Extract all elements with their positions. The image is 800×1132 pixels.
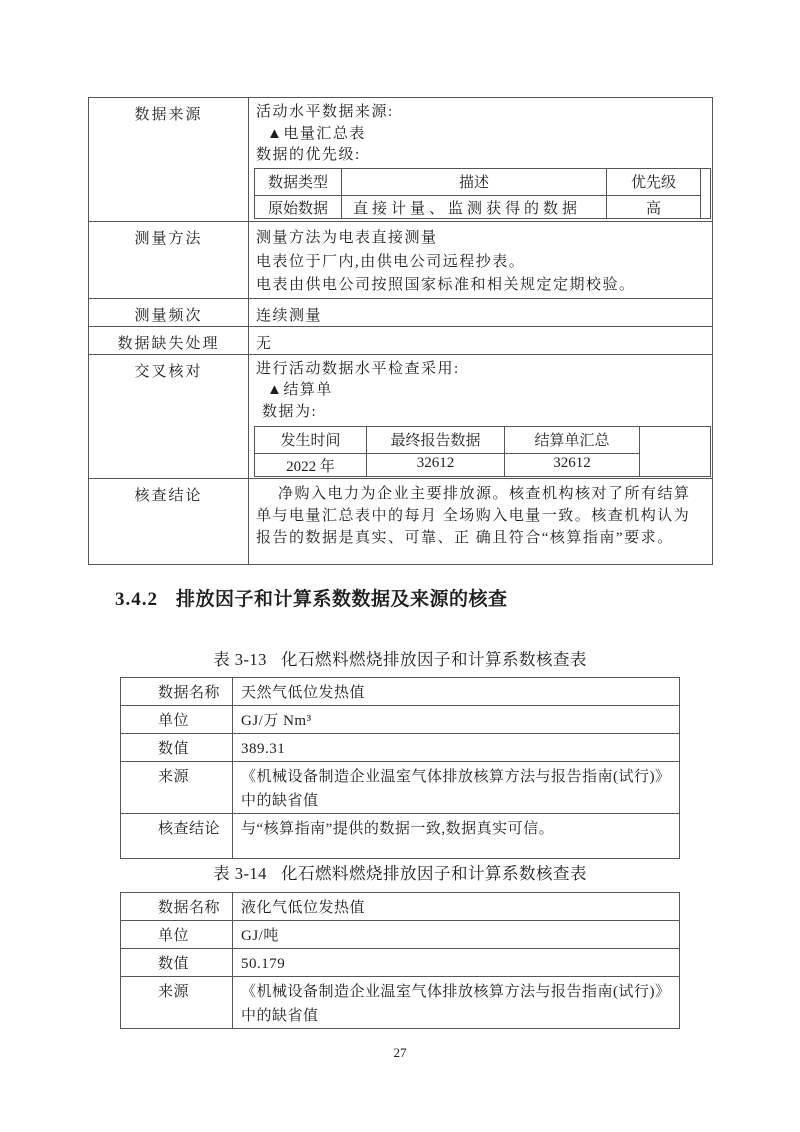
cross-check-line: 进行活动数据水平检查采用: — [256, 359, 706, 381]
priority-data-row: 原始数据 直接计量、监测获得的数据 高 — [255, 195, 711, 218]
factor-table-3-14: 数据名称 液化气低位发热值 单位 GJ/吨 数值 50.179 来源 《机械设备… — [120, 892, 680, 1029]
table-row: 来源 《机械设备制造企业温室气体排放核算方法与报告指南(试行)》中的缺省值 — [121, 762, 680, 814]
row-value: 《机械设备制造企业温室气体排放核算方法与报告指南(试行)》中的缺省值 — [233, 977, 680, 1029]
table-row: 数据名称 天然气低位发热值 — [121, 678, 680, 706]
row-label: 数值 — [121, 949, 233, 977]
row-label: 单位 — [121, 706, 233, 734]
table-3-13-caption: 表 3-13化石燃料燃烧排放因子和计算系数核查表 — [120, 646, 680, 670]
row-value: GJ/万 Nm³ — [233, 706, 680, 734]
data-source-line: 活动水平数据来源: — [256, 102, 706, 124]
priority-desc: 直接计量、监测获得的数据 — [342, 195, 607, 218]
cross-check-empty-cell — [640, 427, 711, 477]
table-row-measurement-frequency: 测量频次 连续测量 — [89, 298, 713, 326]
priority-table: 数据类型 描述 优先级 原始数据 直接计量、监测获得的数据 高 — [254, 168, 711, 219]
factor-table-3-13: 数据名称 天然气低位发热值 单位 GJ/万 Nm³ 数值 389.31 来源 《… — [120, 677, 680, 859]
row-value-conclusion: 净购入电力为企业主要排放源。核查机构核对了所有结算单与电量汇总表中的每月 全场购… — [249, 478, 713, 564]
priority-header-row: 数据类型 描述 优先级 — [255, 168, 711, 195]
priority-level: 高 — [607, 195, 701, 218]
row-value-cross-check: 进行活动数据水平检查采用: ▲结算单 数据为: 发生时间 最终报告数据 结算单汇… — [249, 354, 713, 478]
cross-check-line: ▲结算单 — [256, 380, 706, 402]
section-heading: 3.4.2排放因子和计算系数数据及来源的核查 — [115, 584, 715, 611]
table-row: 单位 GJ/万 Nm³ — [121, 706, 680, 734]
row-label-data-source: 数据来源 — [89, 98, 249, 222]
row-value: 与“核算指南”提供的数据一致,数据真实可信。 — [233, 814, 680, 859]
cross-check-col-settlement: 结算单汇总 — [505, 427, 640, 454]
measurement-method-line: 电表由供电公司按照国家标准和相关规定定期校验。 — [256, 274, 706, 298]
table-3-14-caption: 表 3-14化石燃料燃烧排放因子和计算系数核查表 — [120, 860, 680, 884]
cross-check-data-table: 发生时间 最终报告数据 结算单汇总 2022 年 32612 32612 — [254, 426, 711, 477]
cross-check-col-time: 发生时间 — [255, 427, 367, 454]
activity-data-table: 数据来源 活动水平数据来源: ▲电量汇总表 数据的优先级: 数据类型 描述 — [88, 97, 713, 565]
table-row: 数据名称 液化气低位发热值 — [121, 893, 680, 921]
cross-check-header-row: 发生时间 最终报告数据 结算单汇总 — [255, 427, 711, 454]
cross-check-line: 数据为: — [256, 402, 706, 424]
measurement-method-line: 电表位于厂内,由供电公司远程抄表。 — [256, 251, 706, 275]
row-value: GJ/吨 — [233, 921, 680, 949]
page-number: 27 — [0, 1045, 800, 1061]
table-row: 数值 50.179 — [121, 949, 680, 977]
data-source-line: ▲电量汇总表 — [256, 124, 706, 146]
cross-check-report-value: 32612 — [367, 454, 505, 477]
row-label-cross-check: 交叉核对 — [89, 354, 249, 478]
priority-empty-cell — [701, 168, 711, 218]
caption-number: 表 3-14 — [213, 864, 267, 883]
row-value-missing-data: 无 — [249, 326, 713, 354]
caption-number: 表 3-13 — [213, 650, 267, 669]
table-row-measurement-method: 测量方法 测量方法为电表直接测量 电表位于厂内,由供电公司远程抄表。 电表由供电… — [89, 222, 713, 299]
row-label: 核查结论 — [121, 814, 233, 859]
row-value-measurement-frequency: 连续测量 — [249, 298, 713, 326]
row-label: 来源 — [121, 977, 233, 1029]
row-value-measurement-method: 测量方法为电表直接测量 电表位于厂内,由供电公司远程抄表。 电表由供电公司按照国… — [249, 222, 713, 299]
priority-col-type: 数据类型 — [255, 168, 342, 195]
row-value: 《机械设备制造企业温室气体排放核算方法与报告指南(试行)》中的缺省值 — [233, 762, 680, 814]
row-label: 单位 — [121, 921, 233, 949]
table-row-cross-check: 交叉核对 进行活动数据水平检查采用: ▲结算单 数据为: 发生时间 最终报告数据 — [89, 354, 713, 478]
row-label: 数据名称 — [121, 893, 233, 921]
cross-check-col-report: 最终报告数据 — [367, 427, 505, 454]
table-row-missing-data: 数据缺失处理 无 — [89, 326, 713, 354]
table-row: 核查结论 与“核算指南”提供的数据一致,数据真实可信。 — [121, 814, 680, 859]
row-label: 数据名称 — [121, 678, 233, 706]
table-row-data-source: 数据来源 活动水平数据来源: ▲电量汇总表 数据的优先级: 数据类型 描述 — [89, 98, 713, 222]
priority-type: 原始数据 — [255, 195, 342, 218]
priority-col-priority: 优先级 — [607, 168, 701, 195]
table-row-conclusion: 核查结论 净购入电力为企业主要排放源。核查机构核对了所有结算单与电量汇总表中的每… — [89, 478, 713, 564]
row-value: 液化气低位发热值 — [233, 893, 680, 921]
caption-title: 化石燃料燃烧排放因子和计算系数核查表 — [281, 650, 587, 669]
cross-check-time: 2022 年 — [255, 454, 367, 477]
row-label-measurement-frequency: 测量频次 — [89, 298, 249, 326]
row-value: 50.179 — [233, 949, 680, 977]
cross-check-lines: 进行活动数据水平检查采用: ▲结算单 数据为: — [249, 355, 712, 424]
caption-title: 化石燃料燃烧排放因子和计算系数核查表 — [281, 864, 587, 883]
table-row: 来源 《机械设备制造企业温室气体排放核算方法与报告指南(试行)》中的缺省值 — [121, 977, 680, 1029]
row-label-missing-data: 数据缺失处理 — [89, 326, 249, 354]
row-value-data-source: 活动水平数据来源: ▲电量汇总表 数据的优先级: 数据类型 描述 优先级 — [249, 98, 713, 222]
row-label: 来源 — [121, 762, 233, 814]
row-value: 天然气低位发热值 — [233, 678, 680, 706]
section-number: 3.4.2 — [115, 589, 158, 610]
conclusion-text: 净购入电力为企业主要排放源。核查机构核对了所有结算单与电量汇总表中的每月 全场购… — [249, 479, 712, 549]
measurement-method-lines: 测量方法为电表直接测量 电表位于厂内,由供电公司远程抄表。 电表由供电公司按照国… — [249, 222, 712, 298]
table-row: 单位 GJ/吨 — [121, 921, 680, 949]
measurement-method-line: 测量方法为电表直接测量 — [256, 227, 706, 251]
table-row: 数值 389.31 — [121, 734, 680, 762]
row-label-conclusion: 核查结论 — [89, 478, 249, 564]
data-source-line: 数据的优先级: — [256, 145, 706, 167]
row-value: 389.31 — [233, 734, 680, 762]
row-label: 数值 — [121, 734, 233, 762]
document-page: 数据来源 活动水平数据来源: ▲电量汇总表 数据的优先级: 数据类型 描述 — [0, 0, 800, 1132]
section-title: 排放因子和计算系数数据及来源的核查 — [176, 589, 508, 610]
priority-col-desc: 描述 — [342, 168, 607, 195]
row-label-measurement-method: 测量方法 — [89, 222, 249, 299]
cross-check-settlement-value: 32612 — [505, 454, 640, 477]
data-source-lines: 活动水平数据来源: ▲电量汇总表 数据的优先级: — [249, 98, 712, 167]
